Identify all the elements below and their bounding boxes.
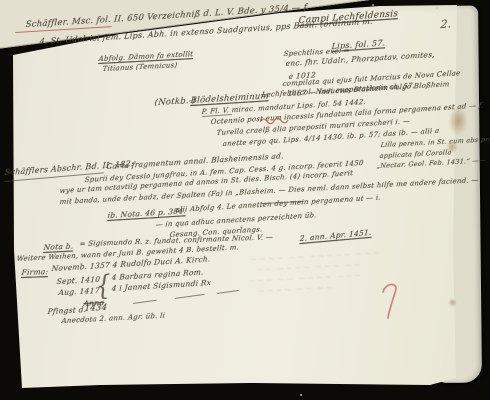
- red-squiggle-mark: [259, 116, 287, 123]
- paper-stain: [448, 106, 468, 136]
- manuscript-line: Sept. 1410: [56, 275, 100, 286]
- bracket-brace: {: [95, 271, 112, 299]
- manuscript-line: Titianus (Temnicus): [102, 61, 177, 73]
- red-check-mark: [381, 282, 401, 322]
- manuscript-line: Aug. 1417: [58, 286, 100, 297]
- ink-stroke-mark: [217, 290, 239, 294]
- dust-speck: [372, 4, 374, 6]
- manuscript-line: Pfingst d.: [47, 305, 87, 316]
- dust-speck: [436, 7, 438, 9]
- manuscript-photo: Schäffler. Msc. fol. II. 650 Verzeichniß…: [0, 0, 490, 400]
- dust-speck: [300, 394, 302, 396]
- manuscript-line: 1434: [84, 303, 107, 314]
- handwriting-layer: Schäffler. Msc. fol. II. 650 Verzeichniß…: [0, 0, 490, 400]
- manuscript-line: Firma:: [21, 267, 49, 277]
- manuscript-line: Abfolg. Dämon fa extollit: [98, 50, 193, 63]
- paper-stain: [446, 140, 458, 154]
- manuscript-line: 2. ann. Apr. 1451.: [300, 228, 372, 243]
- page-number: 2.: [440, 17, 452, 31]
- manuscript-line: Nota b.: [43, 241, 74, 252]
- ink-stroke-mark: [133, 300, 157, 305]
- paper-stain: [448, 298, 457, 307]
- ink-stroke-mark: [175, 294, 205, 299]
